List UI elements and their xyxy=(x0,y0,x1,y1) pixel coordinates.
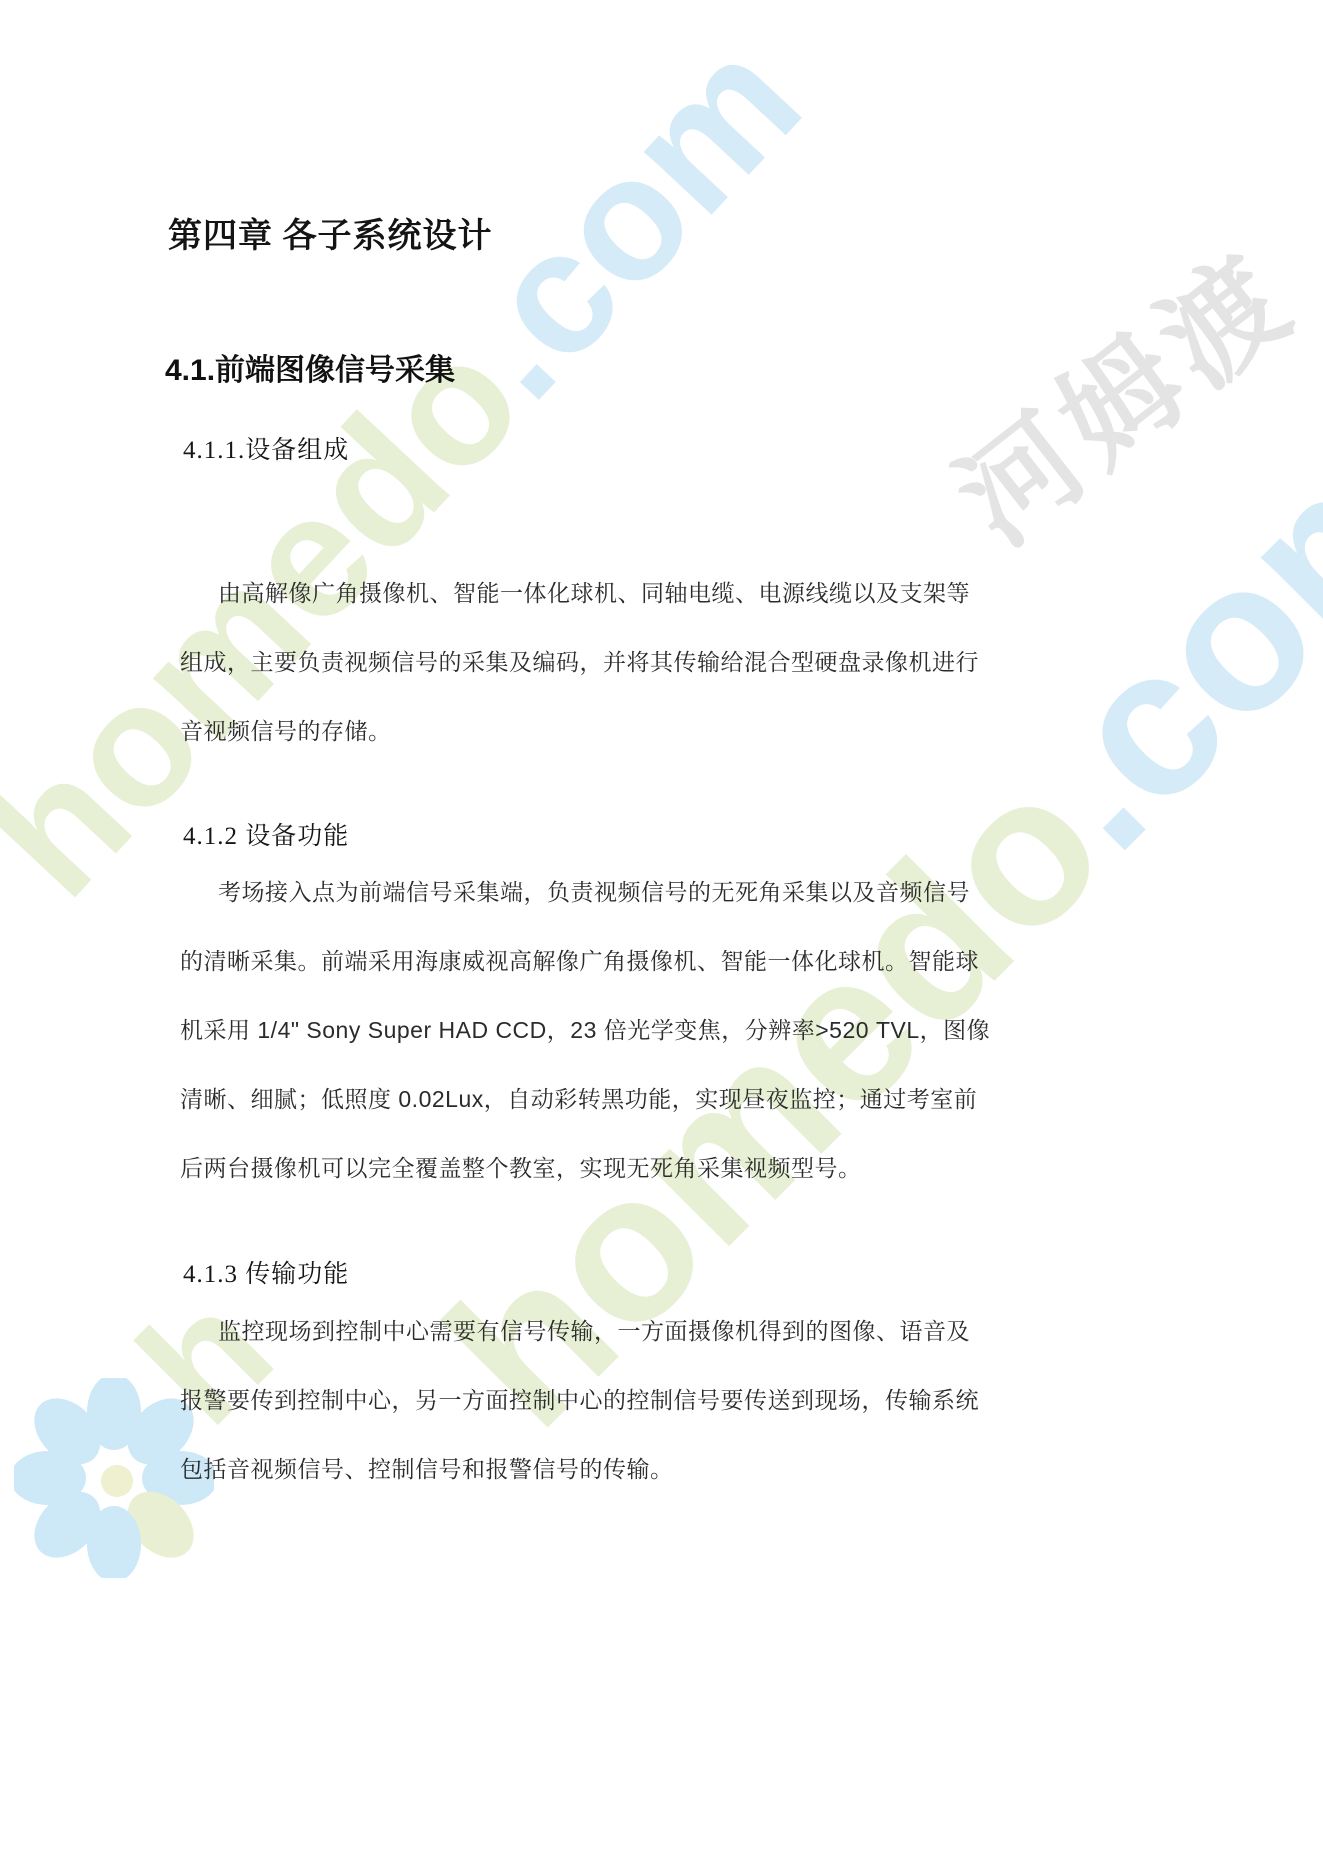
paragraph-411: 由高解像广角摄像机、智能一体化球机、同轴电缆、电源线缆以及支架等组成，主要负责视… xyxy=(180,559,970,766)
document-page: homedo.com homedo.com h 河姆渡 第四章 各子系统设计 4… xyxy=(0,0,1323,1871)
paragraph-line: 由高解像广角摄像机、智能一体化球机、同轴电缆、电源线缆以及支架等 xyxy=(180,559,970,628)
paragraph-line: 考场接入点为前端信号采集端，负责视频信号的无死角采集以及音频信号 xyxy=(180,858,970,927)
paragraph-line: 报警要传到控制中心，另一方面控制中心的控制信号要传送到现场，传输系统 xyxy=(180,1366,970,1435)
paragraph-line: 组成，主要负责视频信号的采集及编码，并将其传输给混合型硬盘录像机进行 xyxy=(180,628,970,697)
chapter-title: 第四章 各子系统设计 xyxy=(168,208,493,257)
subsection-heading-413: 4.1.3 传输功能 xyxy=(183,1254,349,1290)
paragraph-line: 监控现场到控制中心需要有信号传输，一方面摄像机得到的图像、语音及 xyxy=(180,1297,970,1366)
paragraph-412: 考场接入点为前端信号采集端，负责视频信号的无死角采集以及音频信号的清晰采集。前端… xyxy=(180,858,970,1203)
watermark-homedo-blue: .com xyxy=(980,380,1323,893)
section-heading: 4.1.前端图像信号采集 xyxy=(165,345,455,389)
subsection-heading-411: 4.1.1.设备组成 xyxy=(183,430,349,466)
watermark-homedo-top: homedo.com xyxy=(0,10,830,926)
subsection-heading-412: 4.1.2 设备功能 xyxy=(183,816,349,852)
paragraph-line: 包括音视频信号、控制信号和报警信号的传输。 xyxy=(180,1435,970,1504)
paragraph-line: 清晰、细腻；低照度 0.02Lux，自动彩转黑功能，实现昼夜监控；通过考室前 xyxy=(180,1065,970,1134)
paragraph-line: 的清晰采集。前端采用海康威视高解像广角摄像机、智能一体化球机。智能球 xyxy=(180,927,970,996)
watermark-hemudu: 河姆渡 xyxy=(939,234,1314,563)
paragraph-line: 后两台摄像机可以完全覆盖整个教室，实现无死角采集视频型号。 xyxy=(180,1134,970,1203)
paragraph-413: 监控现场到控制中心需要有信号传输，一方面摄像机得到的图像、语音及报警要传到控制中… xyxy=(180,1297,970,1504)
paragraph-line: 机采用 1/4" Sony Super HAD CCD，23 倍光学变焦，分辨率… xyxy=(180,996,970,1065)
paragraph-line: 音视频信号的存储。 xyxy=(180,697,970,766)
